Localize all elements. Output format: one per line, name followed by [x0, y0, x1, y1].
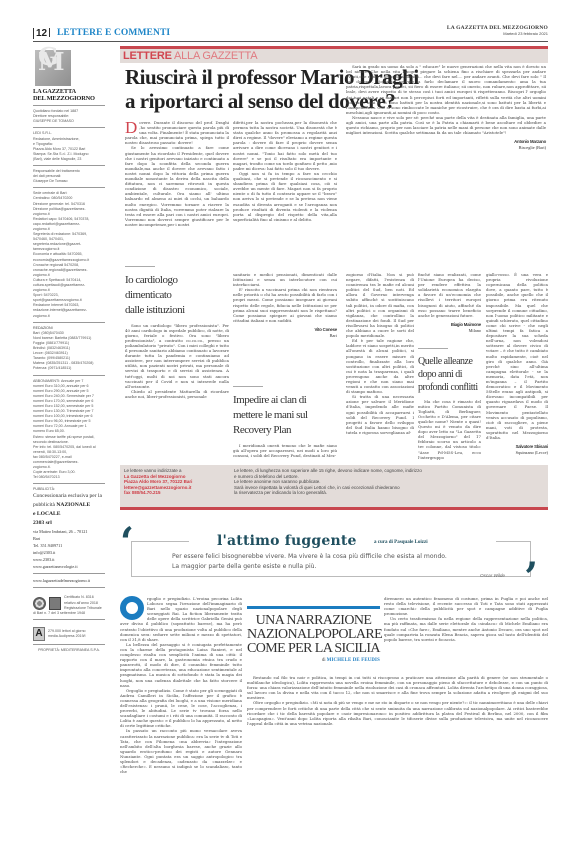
contacts-block: Sede centrale di Bari:Centralino: 080/54… — [33, 187, 105, 318]
letters-footer: Le lettere vanno indirizzate a La Gazzet… — [120, 465, 548, 507]
issue-date: Martedì 23 febbraio 2021 — [447, 31, 548, 36]
letter-alleanze: Quelle alleanze dopo anni di profondi co… — [418, 348, 481, 460]
article-col2-top: divennero un autentico fenomeno di costu… — [384, 596, 548, 642]
website-block: www.lagazzettadelmezzogiorno.it — [33, 573, 105, 584]
letter-alleanze-col2: giallo-rosso. È una vera e propria rivol… — [486, 272, 548, 456]
letter-clan: Impedire ai clan di mettere le mani sul … — [233, 386, 337, 458]
letter-signature: Vito Conese Bari — [233, 327, 337, 339]
letters-rules: Le lettere, di lunghezza non superiore a… — [234, 468, 544, 496]
certification-block: Certificato N. 8316 relativo all'anno 20… — [33, 587, 105, 615]
letters-section: LETTERE ALLA GAZZETTA Riuscirà il profes… — [120, 46, 548, 507]
quote-author: Oscar Wilde — [480, 573, 505, 578]
masthead: LA GAZZETTA DEL MEZZOGIORNO Martedì 23 f… — [447, 25, 548, 36]
letter-signature: Salvatore Sbisani Squinzano (Lecce) — [486, 444, 548, 456]
letter-title: Impedire ai clan di mettere le mani sul … — [233, 393, 323, 438]
article-narrazione: rgoglio e pregiudizio. L'eroina pecorina… — [120, 596, 548, 836]
colophon-sidebar: G M LA GAZZETTA DEL MEZZOGIORNO Quotidia… — [33, 50, 105, 653]
letters-bottom-bar — [120, 507, 548, 510]
attimo-fuggente-box: ‘ l'attimo fuggente a cura di Pasquale L… — [120, 535, 548, 583]
newspaper-logo: G M — [35, 50, 71, 86]
fieg-logo-icon — [49, 597, 61, 610]
letter-cardiologo: Io cardiologo dimenticato dalle istituzi… — [125, 266, 229, 399]
main-letter-col1: Dovere. Durante il discorso del prof. Dr… — [125, 120, 229, 227]
readers-block: A 279.000 lettori al giorno media Audipr… — [33, 619, 105, 641]
letter-clan-col3: finché siano realizzati, come l'Unione E… — [418, 272, 481, 334]
drop-cap: D — [125, 121, 137, 134]
letters-address: Le lettere vanno indirizzate a La Gazzet… — [124, 468, 224, 496]
letters-label: LETTERE ALLA GAZZETTA — [123, 50, 257, 63]
certification-seal-icon — [33, 597, 46, 610]
ads-logo-icon: A — [33, 627, 45, 641]
drop-cap-o — [120, 596, 144, 620]
website-link[interactable]: www.lagazzettadelmezzogiorno.it — [33, 577, 105, 584]
logo-name: LA GAZZETTA DEL MEZZOGIORNO — [33, 89, 105, 102]
agency-name: 2303 srl — [33, 519, 105, 528]
property-block: PROPRIETÀ: MEDITERRANEA S.P.A. — [33, 644, 105, 653]
headline-bar — [247, 606, 380, 609]
letter-title: Quelle alleanze dopo anni di profondi co… — [418, 355, 481, 394]
article-col2: Restando sul filo tra noir e politica, i… — [247, 675, 548, 726]
article-byline: di MICHELE DE FEUDIS — [247, 658, 380, 663]
article-headline-box: UNA NARRAZIONE NAZIONALPOPOLARE COME PER… — [247, 606, 380, 663]
page-number: 12 — [33, 28, 50, 39]
privacy-block: Responsabile del trattamento dei dati pe… — [33, 165, 105, 184]
letter-clan-col2: zogiorno d'Italia. Non si può negare, di… — [346, 272, 414, 435]
attimo-title: l'attimo fuggente — [217, 534, 357, 548]
main-letter-col3: Sarà in grado un uomo da solo a " educar… — [346, 64, 546, 151]
open-quote-icon: ‘ — [120, 523, 134, 563]
quote-text: Per essere felici bisognerebbe vivere. M… — [172, 552, 512, 572]
redazioni-block: REDAZIONI Bari: (080)5470430Nord barese:… — [33, 322, 105, 372]
section-title: LETTERE E COMMENTI — [57, 28, 170, 38]
article-headline: UNA NARRAZIONE NAZIONALPOPOLARE COME PER… — [247, 614, 380, 655]
letter-signature: Biagio Maimone Milano — [418, 322, 481, 334]
main-letter-signature: Antonio Marzano Bisceglie (Bari) — [346, 139, 546, 151]
page-header: 12 LETTERE E COMMENTI LA GAZZETTA DEL ME… — [33, 28, 548, 42]
article-col1: rgoglio e pregiudizio. L'eroina pecorina… — [120, 596, 242, 774]
advertising-block: PUBBLICITÀ: Concessionaria esclusiva per… — [33, 483, 105, 570]
close-quote-icon: ’ — [524, 563, 538, 593]
letter-title: Io cardiologo dimenticato dalle istituzi… — [125, 273, 185, 318]
publisher-block: LEDI S.R.L. Redazione, Amministrazione, … — [33, 127, 105, 162]
director-block: Quotidiano fondato nel 1887 Direttore re… — [33, 105, 105, 124]
letter-cardiologo-col2: sanitario e medici pensionati, dimentica… — [233, 272, 337, 339]
logo-initials: G M — [38, 54, 71, 64]
main-letter-col2: difetti,per la nostra pochezza,per la di… — [233, 120, 337, 222]
attimo-curator: a cura di Pasquale Loizzi — [374, 540, 428, 545]
subscriptions-block: ABBONAMENTI: Annuale per 7numeri Euro 31… — [33, 375, 105, 481]
